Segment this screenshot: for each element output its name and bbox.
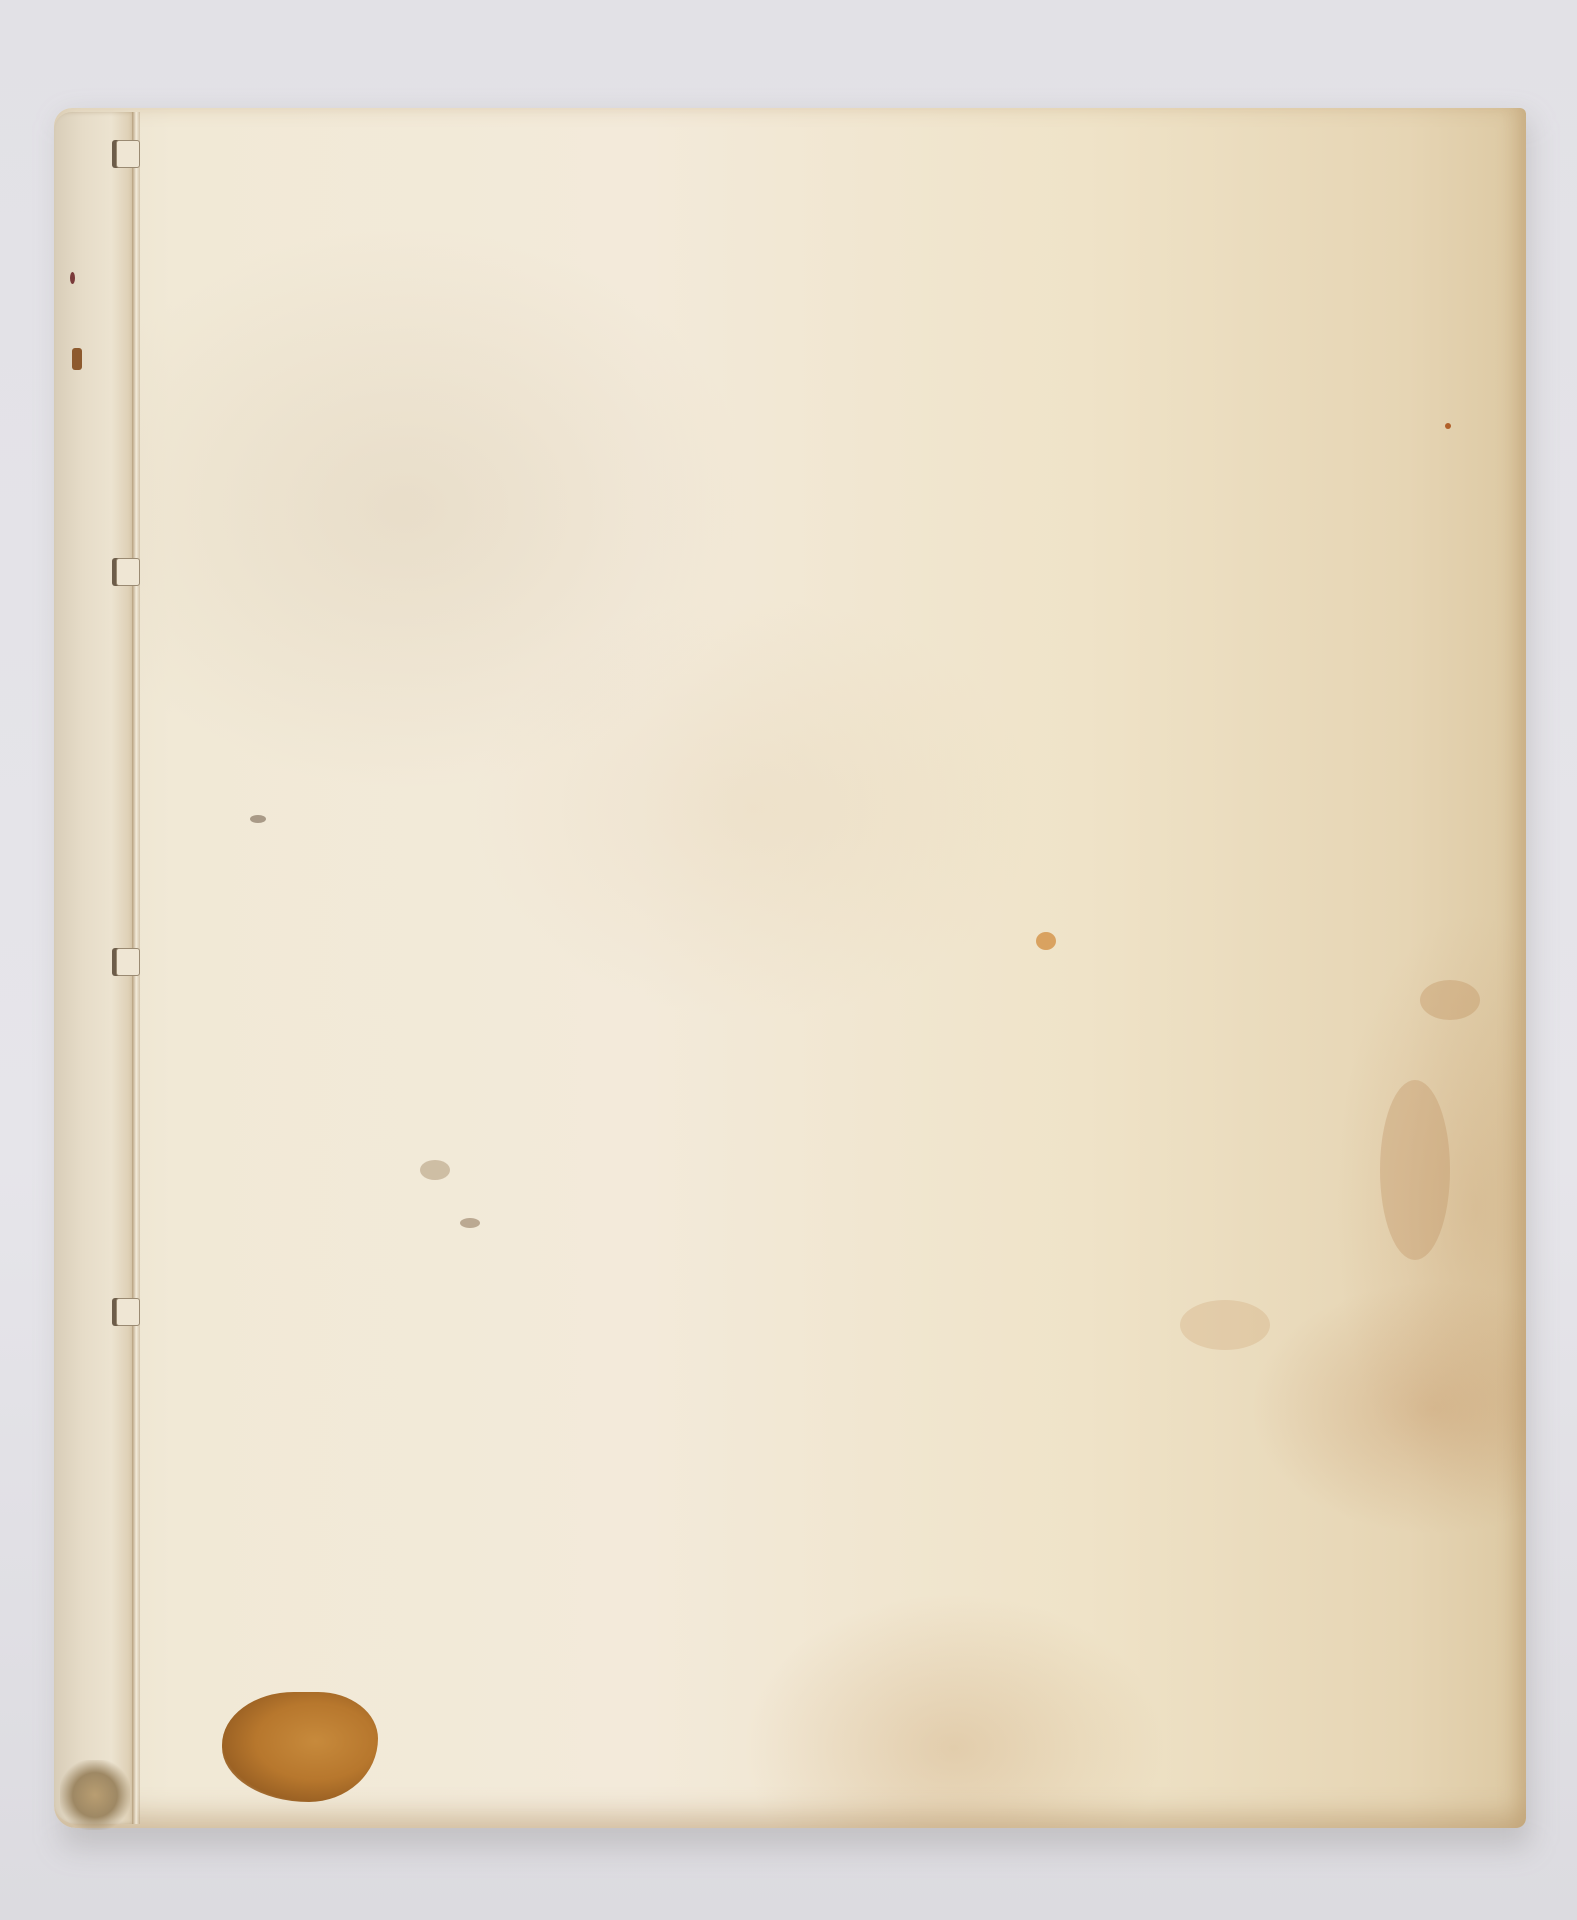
vellum-book-cover <box>54 108 1526 1828</box>
foxing-spot <box>1380 1080 1450 1260</box>
frayed-corner <box>60 1760 130 1830</box>
spine-tie <box>116 948 140 976</box>
foxing-spot <box>250 815 266 823</box>
foxing-spot <box>1036 932 1056 950</box>
spine-mark <box>70 272 75 284</box>
photo-scene <box>0 0 1577 1920</box>
foxing-spot <box>1445 423 1451 429</box>
spine-tie <box>116 140 140 168</box>
foxing-spot <box>420 1160 450 1180</box>
spine-tie <box>116 558 140 586</box>
foxing-spot <box>1180 1300 1270 1350</box>
foxing-spot <box>460 1218 480 1228</box>
foxing-spot <box>1420 980 1480 1020</box>
spine-tie <box>116 1298 140 1326</box>
spine-mark <box>72 348 82 370</box>
